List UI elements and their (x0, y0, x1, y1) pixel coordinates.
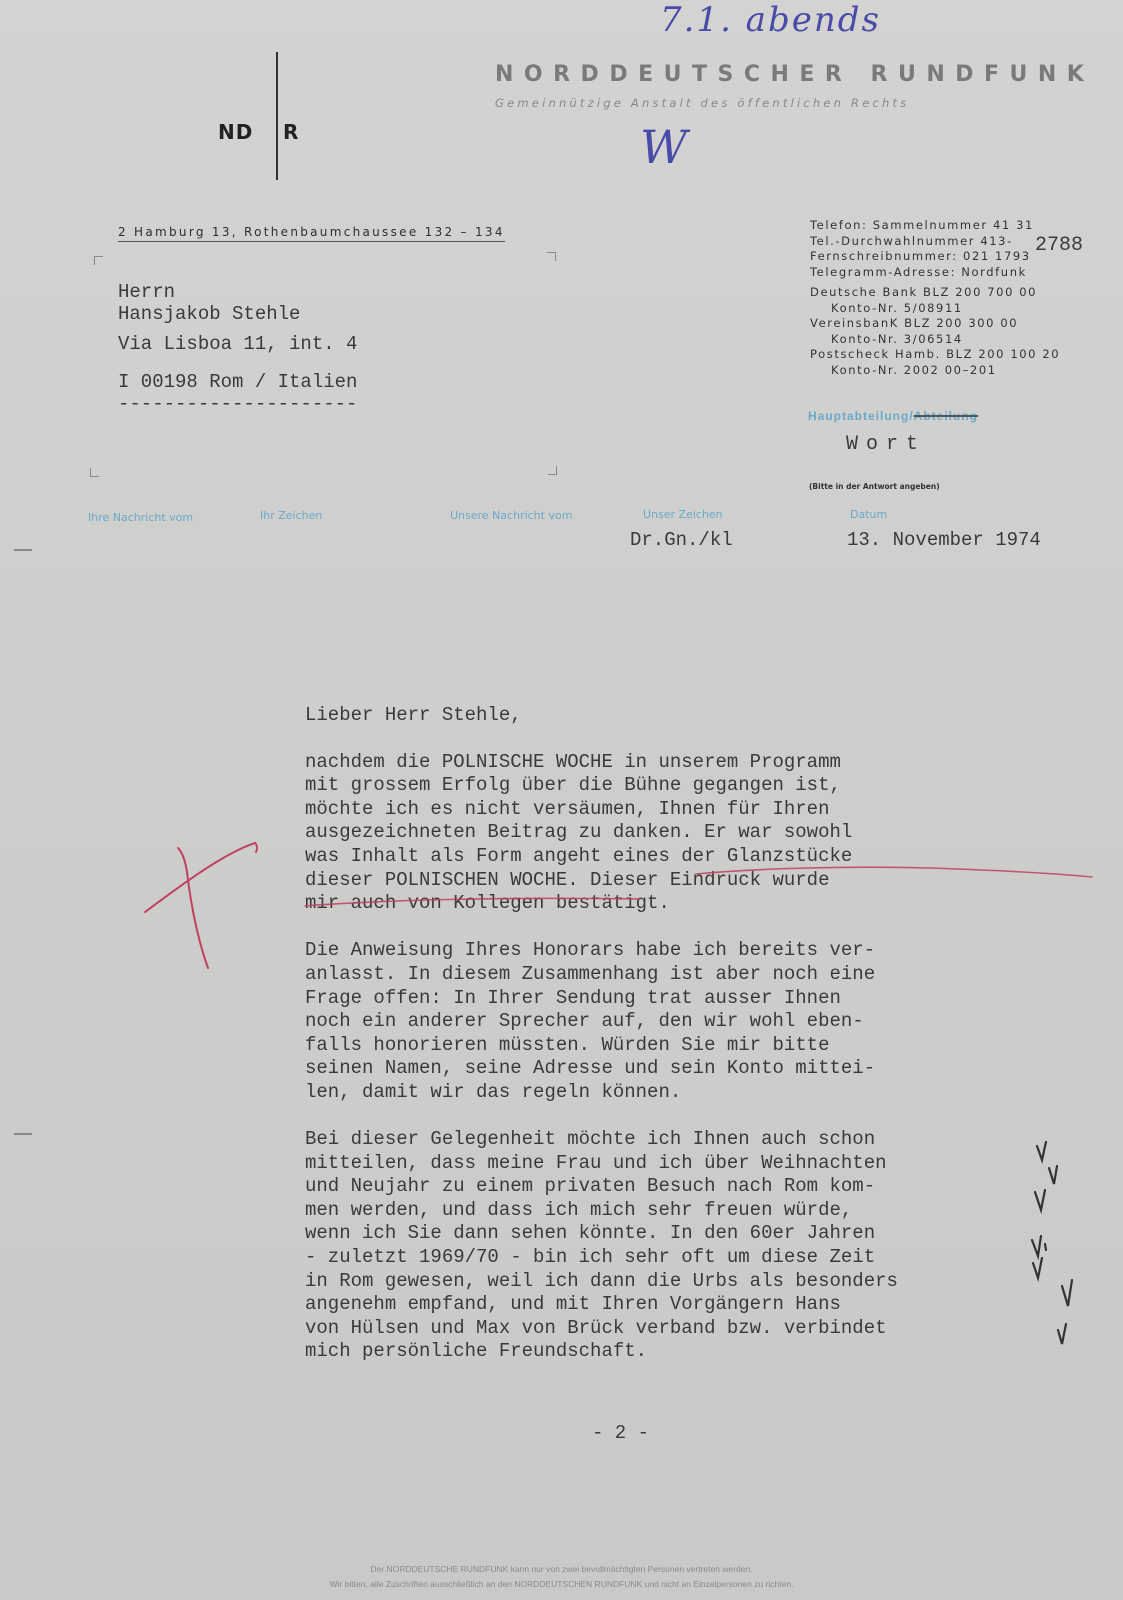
bank-line: Konto-Nr. 5/08911 (810, 301, 1060, 317)
footer-line: Wir bitten, alle Zuschriften ausschließl… (0, 1577, 1123, 1592)
handwritten-initial: W (640, 120, 687, 174)
text-line: falls honorieren müssten. Würden Sie mir… (305, 1034, 1065, 1058)
department-hint: (Bitte in der Antwort angeben) (809, 482, 940, 491)
paragraph: nachdem die POLNISCHE WOCHE in unserem P… (305, 751, 1065, 916)
bank-line: Deutsche Bank BLZ 200 700 00 (810, 285, 1060, 301)
recipient-underline: --------------------- (118, 393, 357, 415)
recipient-city: I 00198 Rom / Italien (118, 371, 357, 393)
text-line: mit grossem Erfolg über die Bühne gegang… (305, 774, 1065, 798)
paragraph: Bei dieser Gelegenheit möchte ich Ihnen … (305, 1128, 1065, 1364)
text-line: Bei dieser Gelegenheit möchte ich Ihnen … (305, 1128, 1065, 1152)
text-line: nachdem die POLNISCHE WOCHE in unserem P… (305, 751, 1065, 775)
recipient-address: Herrn Hansjakob Stehle Via Lisboa 11, in… (118, 281, 357, 415)
unser-zeichen-value: Dr.Gn./kl (630, 529, 733, 551)
logo-text-right: R (283, 120, 299, 144)
text-line: möchte ich es nicht versäumen, Ihnen für… (305, 798, 1065, 822)
date-value: 13. November 1974 (847, 529, 1041, 551)
text-line: ausgezeichneten Beitrag zu danken. Er wa… (305, 821, 1065, 845)
contact-line: Telegramm-Adresse: Nordfunk (810, 265, 1060, 281)
footer: Der NORDDEUTSCHE RUNDFUNK kann nur von z… (0, 1562, 1123, 1592)
sender-address: 2 Hamburg 13, Rothenbaumchaussee 132 – 1… (118, 225, 505, 242)
recipient-salutation: Herrn (118, 281, 357, 303)
page-continuation: - 2 - (592, 1422, 649, 1444)
text-line: von Hülsen und Max von Brück verband bzw… (305, 1317, 1065, 1341)
logo-text-left: ND (218, 120, 253, 144)
bank-line: Konto-Nr. 3/06514 (810, 332, 1060, 348)
logo-divider-bar (276, 52, 278, 180)
window-corner-mark (548, 466, 557, 475)
fold-mark (14, 1133, 32, 1135)
window-corner-mark (94, 256, 103, 265)
text-line: was Inhalt als Form angeht eines der Gla… (305, 845, 1065, 869)
department-label-main: Hauptabteilung/ (808, 409, 914, 423)
contact-line: Telefon: Sammelnummer 41 31 (810, 218, 1060, 234)
letter-body: Lieber Herr Stehle, nachdem die POLNISCH… (305, 704, 1065, 1388)
red-cross-icon (145, 843, 257, 968)
text-line: dieser POLNISCHEN WOCHE. Dieser Eindruck… (305, 869, 1065, 893)
window-corner-mark (90, 468, 99, 477)
organization-name: NORDDEUTSCHER RUNDFUNK (495, 62, 1094, 87)
text-line: angenehm empfand, und mit Ihren Vorgänge… (305, 1293, 1065, 1317)
letter-page: 7.1. abends W ND R NORDDEUTSCHER RUNDFUN… (0, 0, 1123, 1600)
bank-line: Postscheck Hamb. BLZ 200 100 20 (810, 347, 1060, 363)
recipient-street: Via Lisboa 11, int. 4 (118, 333, 357, 355)
text-line: mitteilen, dass meine Frau und ich über … (305, 1152, 1065, 1176)
text-line: noch ein anderer Sprecher auf, den wir w… (305, 1010, 1065, 1034)
label-ihre-nachricht: Ihre Nachricht vom (88, 511, 193, 524)
letter-salutation: Lieber Herr Stehle, (305, 704, 1065, 728)
text-line: anlasst. In diesem Zusammenhang ist aber… (305, 963, 1065, 987)
label-datum: Datum (850, 508, 887, 521)
text-line: und Neujahr zu einem privaten Besuch nac… (305, 1175, 1065, 1199)
label-unser-zeichen: Unser Zeichen (643, 508, 723, 521)
paragraph: Die Anweisung Ihres Honorars habe ich be… (305, 939, 1065, 1104)
handwritten-note-top: 7.1. abends (660, 0, 881, 40)
department-label: Hauptabteilung/Abteilung (808, 409, 978, 423)
window-corner-mark (547, 252, 556, 261)
footer-line: Der NORDDEUTSCHE RUNDFUNK kann nur von z… (0, 1562, 1123, 1577)
text-line: wenn ich Sie dann sehen könnte. In den 6… (305, 1222, 1065, 1246)
text-line: - zuletzt 1969/70 - bin ich sehr oft um … (305, 1246, 1065, 1270)
bank-line: VereinsbanK BLZ 200 300 00 (810, 316, 1060, 332)
text-line: seinen Namen, seine Adresse und sein Kon… (305, 1057, 1065, 1081)
department-value: Wort (846, 433, 926, 456)
label-ihr-zeichen: Ihr Zeichen (260, 509, 322, 522)
label-unsere-nachricht: Unsere Nachricht vom (450, 509, 572, 522)
durchwahl-extension: 2788 (1035, 234, 1083, 257)
contact-line: Fernschreibnummer: 021 1793 (810, 249, 1060, 265)
text-line: men werden, und dass ich mich sehr freue… (305, 1199, 1065, 1223)
contact-line: Tel.-Durchwahlnummer 413- (810, 234, 1060, 250)
text-line: mir auch von Kollegen bestätigt. (305, 892, 1065, 916)
bank-line: Konto-Nr. 2002 00–201 (810, 363, 1060, 379)
department-label-struck: Abteilung (914, 409, 978, 423)
text-line: in Rom gewesen, weil ich dann die Urbs a… (305, 1270, 1065, 1294)
text-line: Die Anweisung Ihres Honorars habe ich be… (305, 939, 1065, 963)
fold-mark (14, 549, 32, 551)
text-line: mich persönliche Freundschaft. (305, 1340, 1065, 1364)
contact-info: Telefon: Sammelnummer 41 31 Tel.-Durchwa… (810, 218, 1060, 378)
text-line: len, damit wir das regeln können. (305, 1081, 1065, 1105)
text-line: Frage offen: In Ihrer Sendung trat ausse… (305, 987, 1065, 1011)
organization-subtitle: Gemeinnützige Anstalt des öffentlichen R… (495, 96, 909, 110)
recipient-name: Hansjakob Stehle (118, 303, 357, 325)
